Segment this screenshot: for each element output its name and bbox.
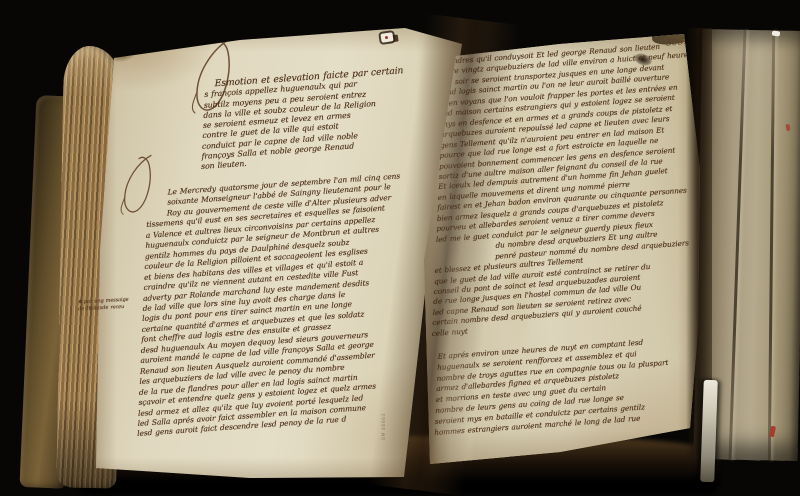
left-page-body: Le Mercredy quatorsme jour de septembre … xyxy=(137,189,400,440)
margin-note: ✱ par ung messaigede Hollande receu xyxy=(78,297,129,314)
cover-crease xyxy=(729,30,747,460)
cover-chip xyxy=(772,31,780,37)
left-page: Q Esmotion et eslevation faicte par cert… xyxy=(90,24,470,490)
left-page-heading: Esmotion et eslevation faicte par certai… xyxy=(201,80,404,173)
initial-letter: Q xyxy=(190,36,191,37)
archival-mark: SM 46663 xyxy=(382,413,387,440)
spine-damage-chip xyxy=(380,32,393,43)
right-page-paragraph-1: flandres qu'il conduysoit Et led george … xyxy=(432,57,698,339)
right-page-paragraph-2: Et aprés environ unze heures de nuyt en … xyxy=(434,352,669,438)
manuscript-photo: Q Esmotion et eslevation faicte par cert… xyxy=(0,0,800,496)
cover-crease xyxy=(768,30,776,460)
red-fleck xyxy=(385,36,388,39)
